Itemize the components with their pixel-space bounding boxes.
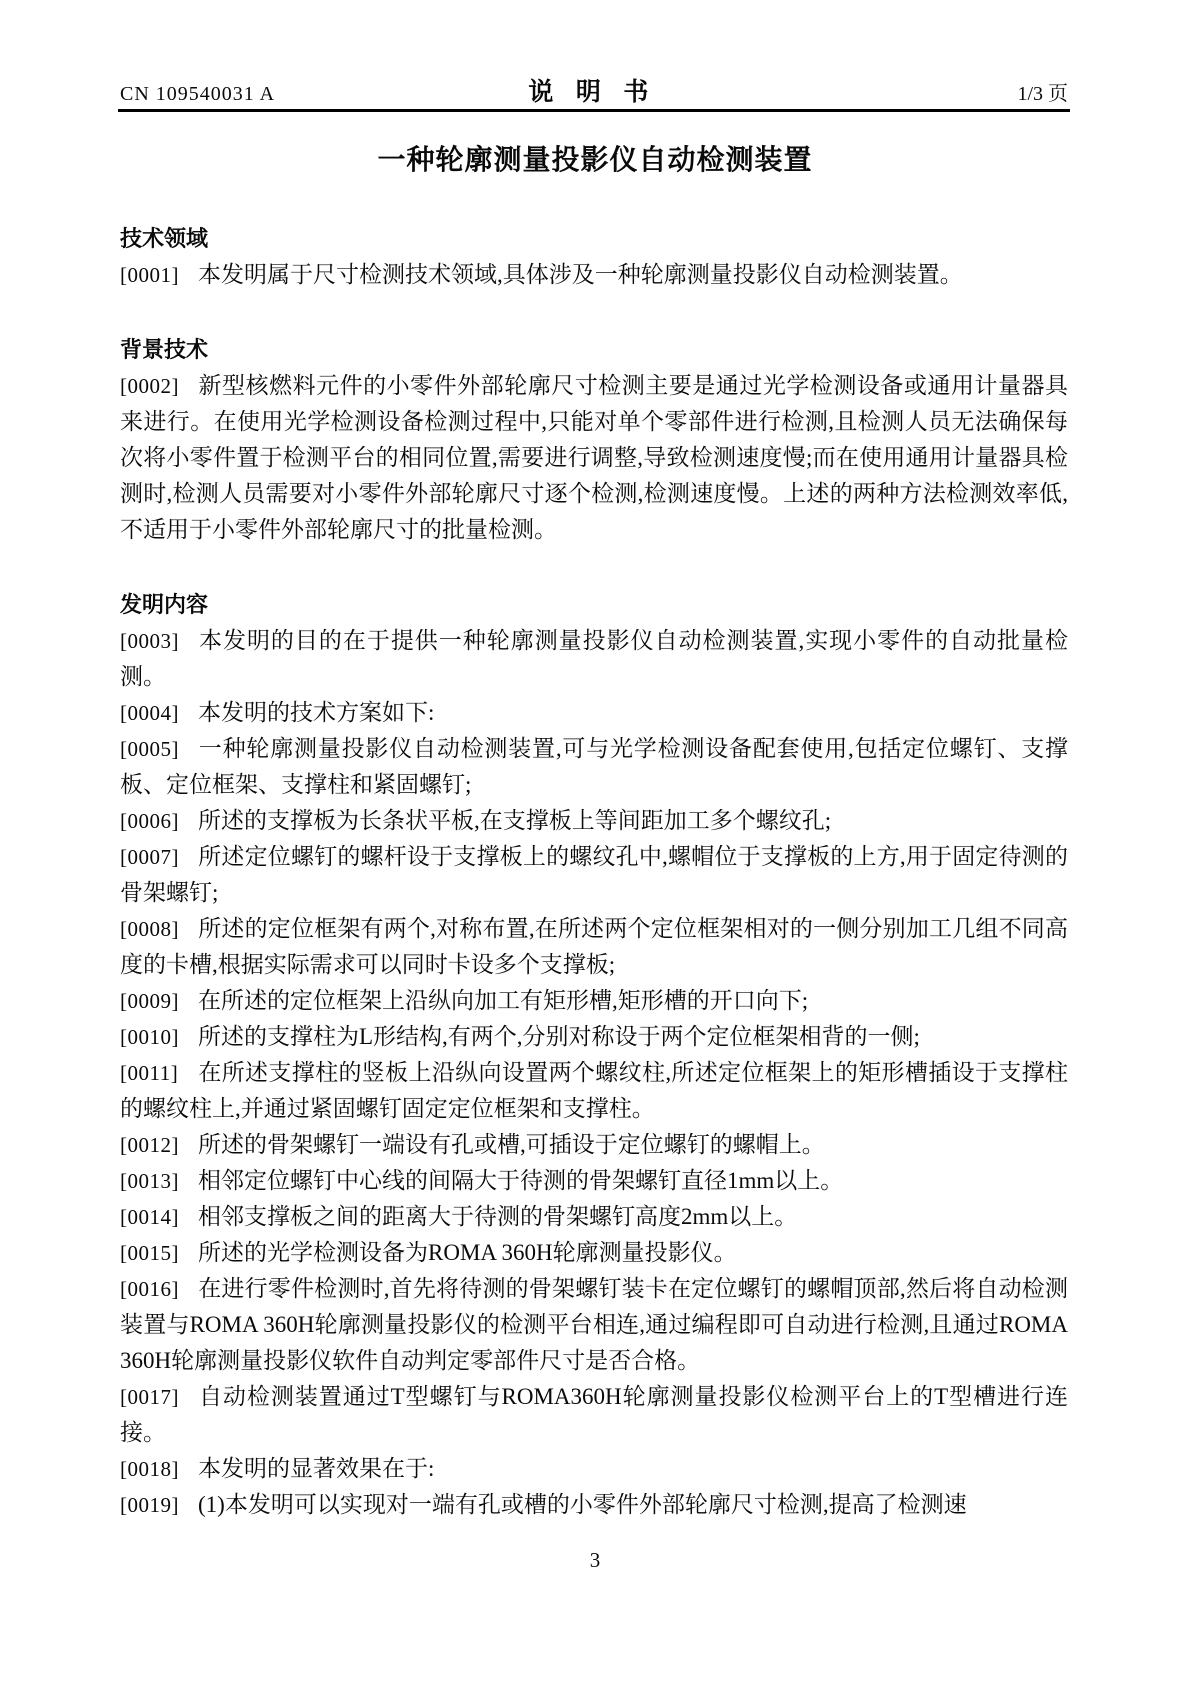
paragraph-text: 本发明属于尺寸检测技术领域,具体涉及一种轮廓测量投影仪自动检测装置。 xyxy=(198,262,963,287)
patent-paragraph: [0003]本发明的目的在于提供一种轮廓测量投影仪自动检测装置,实现小零件的自动… xyxy=(120,623,1068,695)
header-rule xyxy=(118,109,1070,112)
paragraph-text: 所述的支撑板为长条状平板,在支撑板上等间距加工多个螺纹孔; xyxy=(198,808,831,833)
patent-paragraph: [0012]所述的骨架螺钉一端设有孔或槽,可插设于定位螺钉的螺帽上。 xyxy=(120,1127,1068,1163)
patent-paragraph: [0014]相邻支撑板之间的距离大于待测的骨架螺钉高度2mm以上。 xyxy=(120,1199,1068,1235)
patent-paragraph: [0006]所述的支撑板为长条状平板,在支撑板上等间距加工多个螺纹孔; xyxy=(120,803,1068,839)
section-summary: 发明内容 [0003]本发明的目的在于提供一种轮廓测量投影仪自动检测装置,实现小… xyxy=(120,587,1068,1523)
paragraph-text: 本发明的目的在于提供一种轮廓测量投影仪自动检测装置,实现小零件的自动批量检测。 xyxy=(120,628,1068,689)
section-background: 背景技术 [0002]新型核燃料元件的小零件外部轮廓尺寸检测主要是通过光学检测设… xyxy=(120,332,1068,548)
patent-paragraph: [0004]本发明的技术方案如下: xyxy=(120,695,1068,731)
patent-paragraph: [0008]所述的定位框架有两个,对称布置,在所述两个定位框架相对的一侧分别加工… xyxy=(120,911,1068,983)
paragraph-text: 所述定位螺钉的螺杆设于支撑板上的螺纹孔中,螺帽位于支撑板的上方,用于固定待测的骨… xyxy=(120,844,1068,905)
paragraph-text: (1)本发明可以实现对一端有孔或槽的小零件外部轮廓尺寸检测,提高了检测速 xyxy=(198,1492,967,1517)
paragraph-text: 自动检测装置通过T型螺钉与ROMA360H轮廓测量投影仪检测平台上的T型槽进行连… xyxy=(120,1384,1068,1445)
section-heading: 发明内容 xyxy=(120,587,1068,623)
paragraph-text: 所述的定位框架有两个,对称布置,在所述两个定位框架相对的一侧分别加工几组不同高度… xyxy=(120,916,1068,977)
paragraph-text: 相邻定位螺钉中心线的间隔大于待测的骨架螺钉直径1mm以上。 xyxy=(198,1168,843,1193)
doc-type-title: 说明书 xyxy=(517,72,671,108)
section-heading: 背景技术 xyxy=(120,332,1068,368)
patent-paragraph: [0017]自动检测装置通过T型螺钉与ROMA360H轮廓测量投影仪检测平台上的… xyxy=(120,1379,1068,1451)
patent-paragraph: [0011]在所述支撑柱的竖板上沿纵向设置两个螺纹柱,所述定位框架上的矩形槽插设… xyxy=(120,1055,1068,1127)
paragraph-text: 本发明的技术方案如下: xyxy=(198,700,434,725)
paragraph-number: [0017] xyxy=(120,1379,198,1415)
paragraph-number: [0016] xyxy=(120,1271,198,1307)
paragraph-number: [0013] xyxy=(120,1163,198,1199)
section-technical-field: 技术领域 [0001]本发明属于尺寸检测技术领域,具体涉及一种轮廓测量投影仪自动… xyxy=(120,221,1068,293)
paragraph-number: [0006] xyxy=(120,803,198,839)
paragraph-number: [0018] xyxy=(120,1451,198,1487)
patent-paragraph: [0007]所述定位螺钉的螺杆设于支撑板上的螺纹孔中,螺帽位于支撑板的上方,用于… xyxy=(120,839,1068,911)
paragraph-number: [0005] xyxy=(120,731,198,767)
paragraph-number: [0004] xyxy=(120,695,198,731)
patent-paragraph: [0018]本发明的显著效果在于: xyxy=(120,1451,1068,1487)
page-number: 3 xyxy=(0,1548,1190,1573)
paragraph-text: 所述的光学检测设备为ROMA 360H轮廓测量投影仪。 xyxy=(198,1240,737,1265)
page-header: CN 109540031 A 说明书 1/3 页 xyxy=(120,72,1068,108)
paragraph-number: [0002] xyxy=(120,368,198,404)
paragraph-text: 在进行零件检测时,首先将待测的骨架螺钉装卡在定位螺钉的螺帽顶部,然后将自动检测装… xyxy=(120,1276,1068,1373)
paragraph-number: [0010] xyxy=(120,1019,198,1055)
paragraph-number: [0001] xyxy=(120,257,198,293)
paragraph-number: [0008] xyxy=(120,911,198,947)
patent-paragraph: [0015]所述的光学检测设备为ROMA 360H轮廓测量投影仪。 xyxy=(120,1235,1068,1271)
paragraph-text: 所述的骨架螺钉一端设有孔或槽,可插设于定位螺钉的螺帽上。 xyxy=(198,1132,825,1157)
paragraph-number: [0014] xyxy=(120,1199,198,1235)
paragraph-text: 一种轮廓测量投影仪自动检测装置,可与光学检测设备配套使用,包括定位螺钉、支撑板、… xyxy=(120,736,1068,797)
paragraph-number: [0003] xyxy=(120,623,198,659)
patent-paragraph: [0016]在进行零件检测时,首先将待测的骨架螺钉装卡在定位螺钉的螺帽顶部,然后… xyxy=(120,1271,1068,1379)
paragraph-number: [0009] xyxy=(120,983,198,1019)
paragraph-text: 所述的支撑柱为L形结构,有两个,分别对称设于两个定位框架相背的一侧; xyxy=(198,1024,920,1049)
paragraph-text: 在所述支撑柱的竖板上沿纵向设置两个螺纹柱,所述定位框架上的矩形槽插设于支撑柱的螺… xyxy=(120,1060,1068,1121)
paragraph-text: 相邻支撑板之间的距离大于待测的骨架螺钉高度2mm以上。 xyxy=(198,1204,797,1229)
patent-paragraph: [0001]本发明属于尺寸检测技术领域,具体涉及一种轮廓测量投影仪自动检测装置。 xyxy=(120,257,1068,293)
patent-paragraph: [0009]在所述的定位框架上沿纵向加工有矩形槽,矩形槽的开口向下; xyxy=(120,983,1068,1019)
paragraph-text: 新型核燃料元件的小零件外部轮廓尺寸检测主要是通过光学检测设备或通用计量器具来进行… xyxy=(120,373,1068,542)
doc-number: CN 109540031 A xyxy=(120,83,517,106)
patent-paragraph: [0010]所述的支撑柱为L形结构,有两个,分别对称设于两个定位框架相背的一侧; xyxy=(120,1019,1068,1055)
patent-paragraph: [0002]新型核燃料元件的小零件外部轮廓尺寸检测主要是通过光学检测设备或通用计… xyxy=(120,368,1068,548)
patent-paragraph: [0013]相邻定位螺钉中心线的间隔大于待测的骨架螺钉直径1mm以上。 xyxy=(120,1163,1068,1199)
paragraph-number: [0019] xyxy=(120,1487,198,1523)
paragraph-number: [0012] xyxy=(120,1127,198,1163)
page-indicator: 1/3 页 xyxy=(671,77,1068,106)
patent-paragraph: [0019](1)本发明可以实现对一端有孔或槽的小零件外部轮廓尺寸检测,提高了检… xyxy=(120,1487,1068,1523)
patent-paragraph: [0005]一种轮廓测量投影仪自动检测装置,可与光学检测设备配套使用,包括定位螺… xyxy=(120,731,1068,803)
paragraph-text: 在所述的定位框架上沿纵向加工有矩形槽,矩形槽的开口向下; xyxy=(198,988,808,1013)
section-heading: 技术领域 xyxy=(120,221,1068,257)
paragraph-number: [0015] xyxy=(120,1235,198,1271)
document-body: 技术领域 [0001]本发明属于尺寸检测技术领域,具体涉及一种轮廓测量投影仪自动… xyxy=(120,221,1068,1523)
paragraph-text: 本发明的显著效果在于: xyxy=(198,1456,434,1481)
invention-title: 一种轮廓测量投影仪自动检测装置 xyxy=(0,138,1190,178)
paragraph-number: [0011] xyxy=(120,1055,198,1091)
patent-specification-page: CN 109540031 A 说明书 1/3 页 一种轮廓测量投影仪自动检测装置… xyxy=(0,0,1190,1684)
paragraph-number: [0007] xyxy=(120,839,198,875)
